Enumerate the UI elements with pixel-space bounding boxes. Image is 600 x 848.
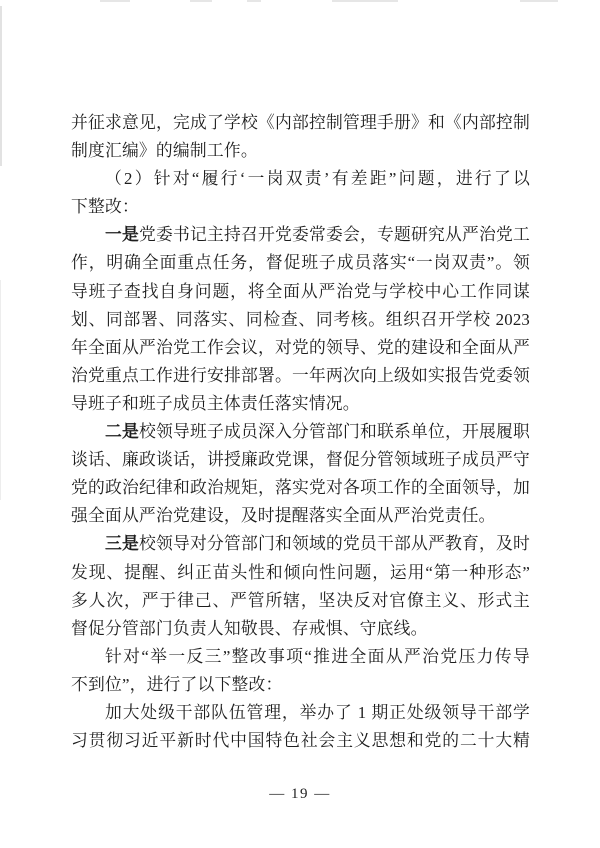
- line-text: 治党重点工作进行安排部署。一年两次向上级如实报告党委领: [71, 366, 530, 385]
- text-line: （2）针对“履行‘一岗双责’有差距”问题，进行了以: [71, 165, 530, 193]
- scanned-document-page: 并征求意见，完成了学校《内部控制管理手册》和《内部控制 制度汇编》的编制工作。 …: [0, 0, 600, 848]
- text-line: 习贯彻习近平新时代中国特色社会主义思想和党的二十大精: [71, 727, 530, 755]
- text-line: 不到位”，进行了以下整改：: [71, 671, 530, 699]
- line-text: 年全面从严治党工作会议，对党的领导、党的建设和全面从严: [71, 338, 530, 357]
- text-line: 三是校领导对分管部门和领域的党员干部从严教育，及时: [71, 530, 530, 558]
- paragraph-lead: 二是: [105, 422, 139, 441]
- text-line: 年全面从严治党工作会议，对党的领导、党的建设和全面从严: [71, 334, 530, 362]
- line-text: 作，明确全面重点任务，督促班子成员落实“一岗双责”。领: [71, 253, 530, 272]
- line-text: 不到位”，进行了以下整改：: [71, 675, 282, 694]
- line-text: 针对“举一反三”整改事项“推进全面从严治党压力传导: [105, 647, 530, 666]
- line-text: 导班子查找自身问题，将全面从严治党与学校中心工作同谋: [71, 282, 530, 301]
- text-line: 谈话、廉政谈话，讲授廉政党课，督促分管领域班子成员严守: [71, 446, 530, 474]
- paragraph-lead: 一是: [105, 225, 139, 244]
- line-text: 校领导对分管部门和领域的党员干部从严教育，及时: [139, 534, 530, 553]
- line-text: 多人次，严于律己、严管所辖，坚决反对官僚主义、形式主义，: [71, 591, 530, 615]
- scan-artifact-top-smudge: [100, 0, 130, 2]
- line-text: 党委书记主持召开党委常委会，专题研究从严治党工: [139, 225, 530, 244]
- line-text: 下整改：: [71, 197, 139, 216]
- text-line: 制度汇编》的编制工作。: [71, 137, 530, 165]
- text-line: 治党重点工作进行安排部署。一年两次向上级如实报告党委领: [71, 362, 530, 390]
- text-line: 作，明确全面重点任务，督促班子成员落实“一岗双责”。领: [71, 249, 530, 277]
- line-text: 校领导班子成员深入分管部门和联系单位，开展履职: [139, 422, 530, 441]
- scan-artifact-top-smudge: [520, 0, 558, 2]
- line-text: 划、同部署、同落实、同检查、同考核。组织召开学校 2023: [71, 310, 530, 329]
- text-line: 下整改：: [71, 193, 530, 221]
- scan-artifact-top-smudge: [190, 0, 212, 2]
- line-text: 并征求意见，完成了学校《内部控制管理手册》和《内部控制: [71, 113, 530, 132]
- line-text: 习贯彻习近平新时代中国特色社会主义思想和党的二十大精: [71, 731, 530, 750]
- text-line: 二是校领导班子成员深入分管部门和联系单位，开展履职: [71, 418, 530, 446]
- line-text: （2）针对“履行‘一岗双责’有差距”问题，进行了以: [105, 169, 530, 188]
- line-text: 制度汇编》的编制工作。: [71, 141, 258, 160]
- text-line: 一是党委书记主持召开党委常委会，专题研究从严治党工: [71, 221, 530, 249]
- line-text: 党的政治纪律和政治规矩，落实党对各项工作的全面领导，加: [71, 478, 530, 497]
- text-line: 督促分管部门负责人知敬畏、存戒惧、守底线。: [71, 615, 530, 643]
- scan-artifact-left-edge-2: [0, 280, 1, 500]
- line-text: 导班子和班子成员主体责任落实情况。: [71, 394, 360, 413]
- document-body: 并征求意见，完成了学校《内部控制管理手册》和《内部控制 制度汇编》的编制工作。 …: [71, 109, 530, 755]
- text-line: 党的政治纪律和政治规矩，落实党对各项工作的全面领导，加: [71, 474, 530, 502]
- text-line: 导班子和班子成员主体责任落实情况。: [71, 390, 530, 418]
- text-line: 划、同部署、同落实、同检查、同考核。组织召开学校 2023: [71, 306, 530, 334]
- scan-artifact-top-smudge: [247, 0, 261, 2]
- text-line: 并征求意见，完成了学校《内部控制管理手册》和《内部控制: [71, 109, 530, 137]
- line-text: 发现、提醒、纠正苗头性和倾向性问题，运用“第一种形态”: [71, 563, 530, 582]
- page-number: — 19 —: [0, 786, 600, 803]
- text-line: 发现、提醒、纠正苗头性和倾向性问题，运用“第一种形态”: [71, 559, 530, 587]
- line-text: 谈话、廉政谈话，讲授廉政党课，督促分管领域班子成员严守: [71, 450, 530, 469]
- scan-artifact-left-edge: [0, 6, 2, 166]
- text-line: 加大处级干部队伍管理，举办了 1 期正处级领导干部学: [71, 699, 530, 727]
- paragraph-lead: 三是: [105, 534, 139, 553]
- text-line: 针对“举一反三”整改事项“推进全面从严治党压力传导: [71, 643, 530, 671]
- scan-artifact-top-smudge: [332, 0, 398, 2]
- text-line: 导班子查找自身问题，将全面从严治党与学校中心工作同谋: [71, 278, 530, 306]
- text-line: 强全面从严治党建设，及时提醒落实全面从严治党责任。: [71, 502, 530, 530]
- text-line: 多人次，严于律己、严管所辖，坚决反对官僚主义、形式主义，: [71, 587, 530, 615]
- line-text: 强全面从严治党建设，及时提醒落实全面从严治党责任。: [71, 506, 496, 525]
- line-text: 加大处级干部队伍管理，举办了 1 期正处级领导干部学: [105, 703, 530, 722]
- line-text: 督促分管部门负责人知敬畏、存戒惧、守底线。: [71, 619, 428, 638]
